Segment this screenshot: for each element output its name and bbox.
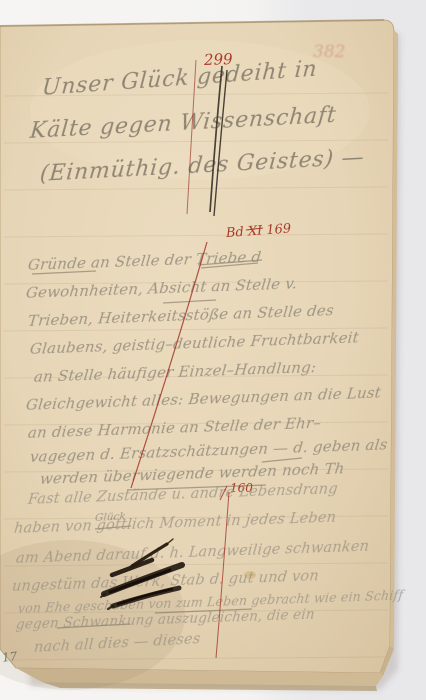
handwriting-line: an Stelle häufiger Einzel–Handlung:: [33, 358, 317, 386]
handwriting-line: haben von göttlich Moment in jedes Leben: [13, 510, 337, 537]
handwriting-line: an diese Harmonie an Stelle der Ehr–: [27, 414, 322, 442]
handwriting-line: Gründe an Stelle der Triebe d: [27, 248, 262, 274]
handwriting-line: (Einmüthig. des Geistes) —: [39, 145, 366, 187]
handwriting-line: Trieben, Heiterkeitsstöße an Stelle des: [27, 301, 335, 330]
handwriting-line: Kälte gegen Wissenschaft: [29, 103, 338, 144]
margin-page-number: 17: [1, 649, 18, 665]
notebook-page-scan: 299 382 Bd XI 169 160 17 Unser Glück ged…: [0, 0, 426, 700]
handwriting-line: Gewohnheiten, Absicht an Stelle v.: [25, 274, 298, 302]
red-volume-reference: Bd XI 169: [225, 221, 291, 241]
handwriting-line: ungestüm das Werk, Stab d. gut und von: [11, 568, 320, 595]
handwriting-line: nach all dies — dieses: [33, 631, 201, 656]
handwriting-layer: 299 382 Bd XI 169 160 17 Unser Glück ged…: [0, 0, 426, 700]
handwriting-line: Gleichgewicht alles: Bewegungen an die L…: [25, 384, 382, 414]
handwriting-line: am Abend darauf d. h. Langweilige schwan…: [15, 539, 370, 567]
handwriting-line: Unser Glück gedeiht in: [41, 57, 318, 101]
handwriting-line: Glaubens, geistig–deutliche Fruchtbarkei…: [29, 328, 360, 358]
